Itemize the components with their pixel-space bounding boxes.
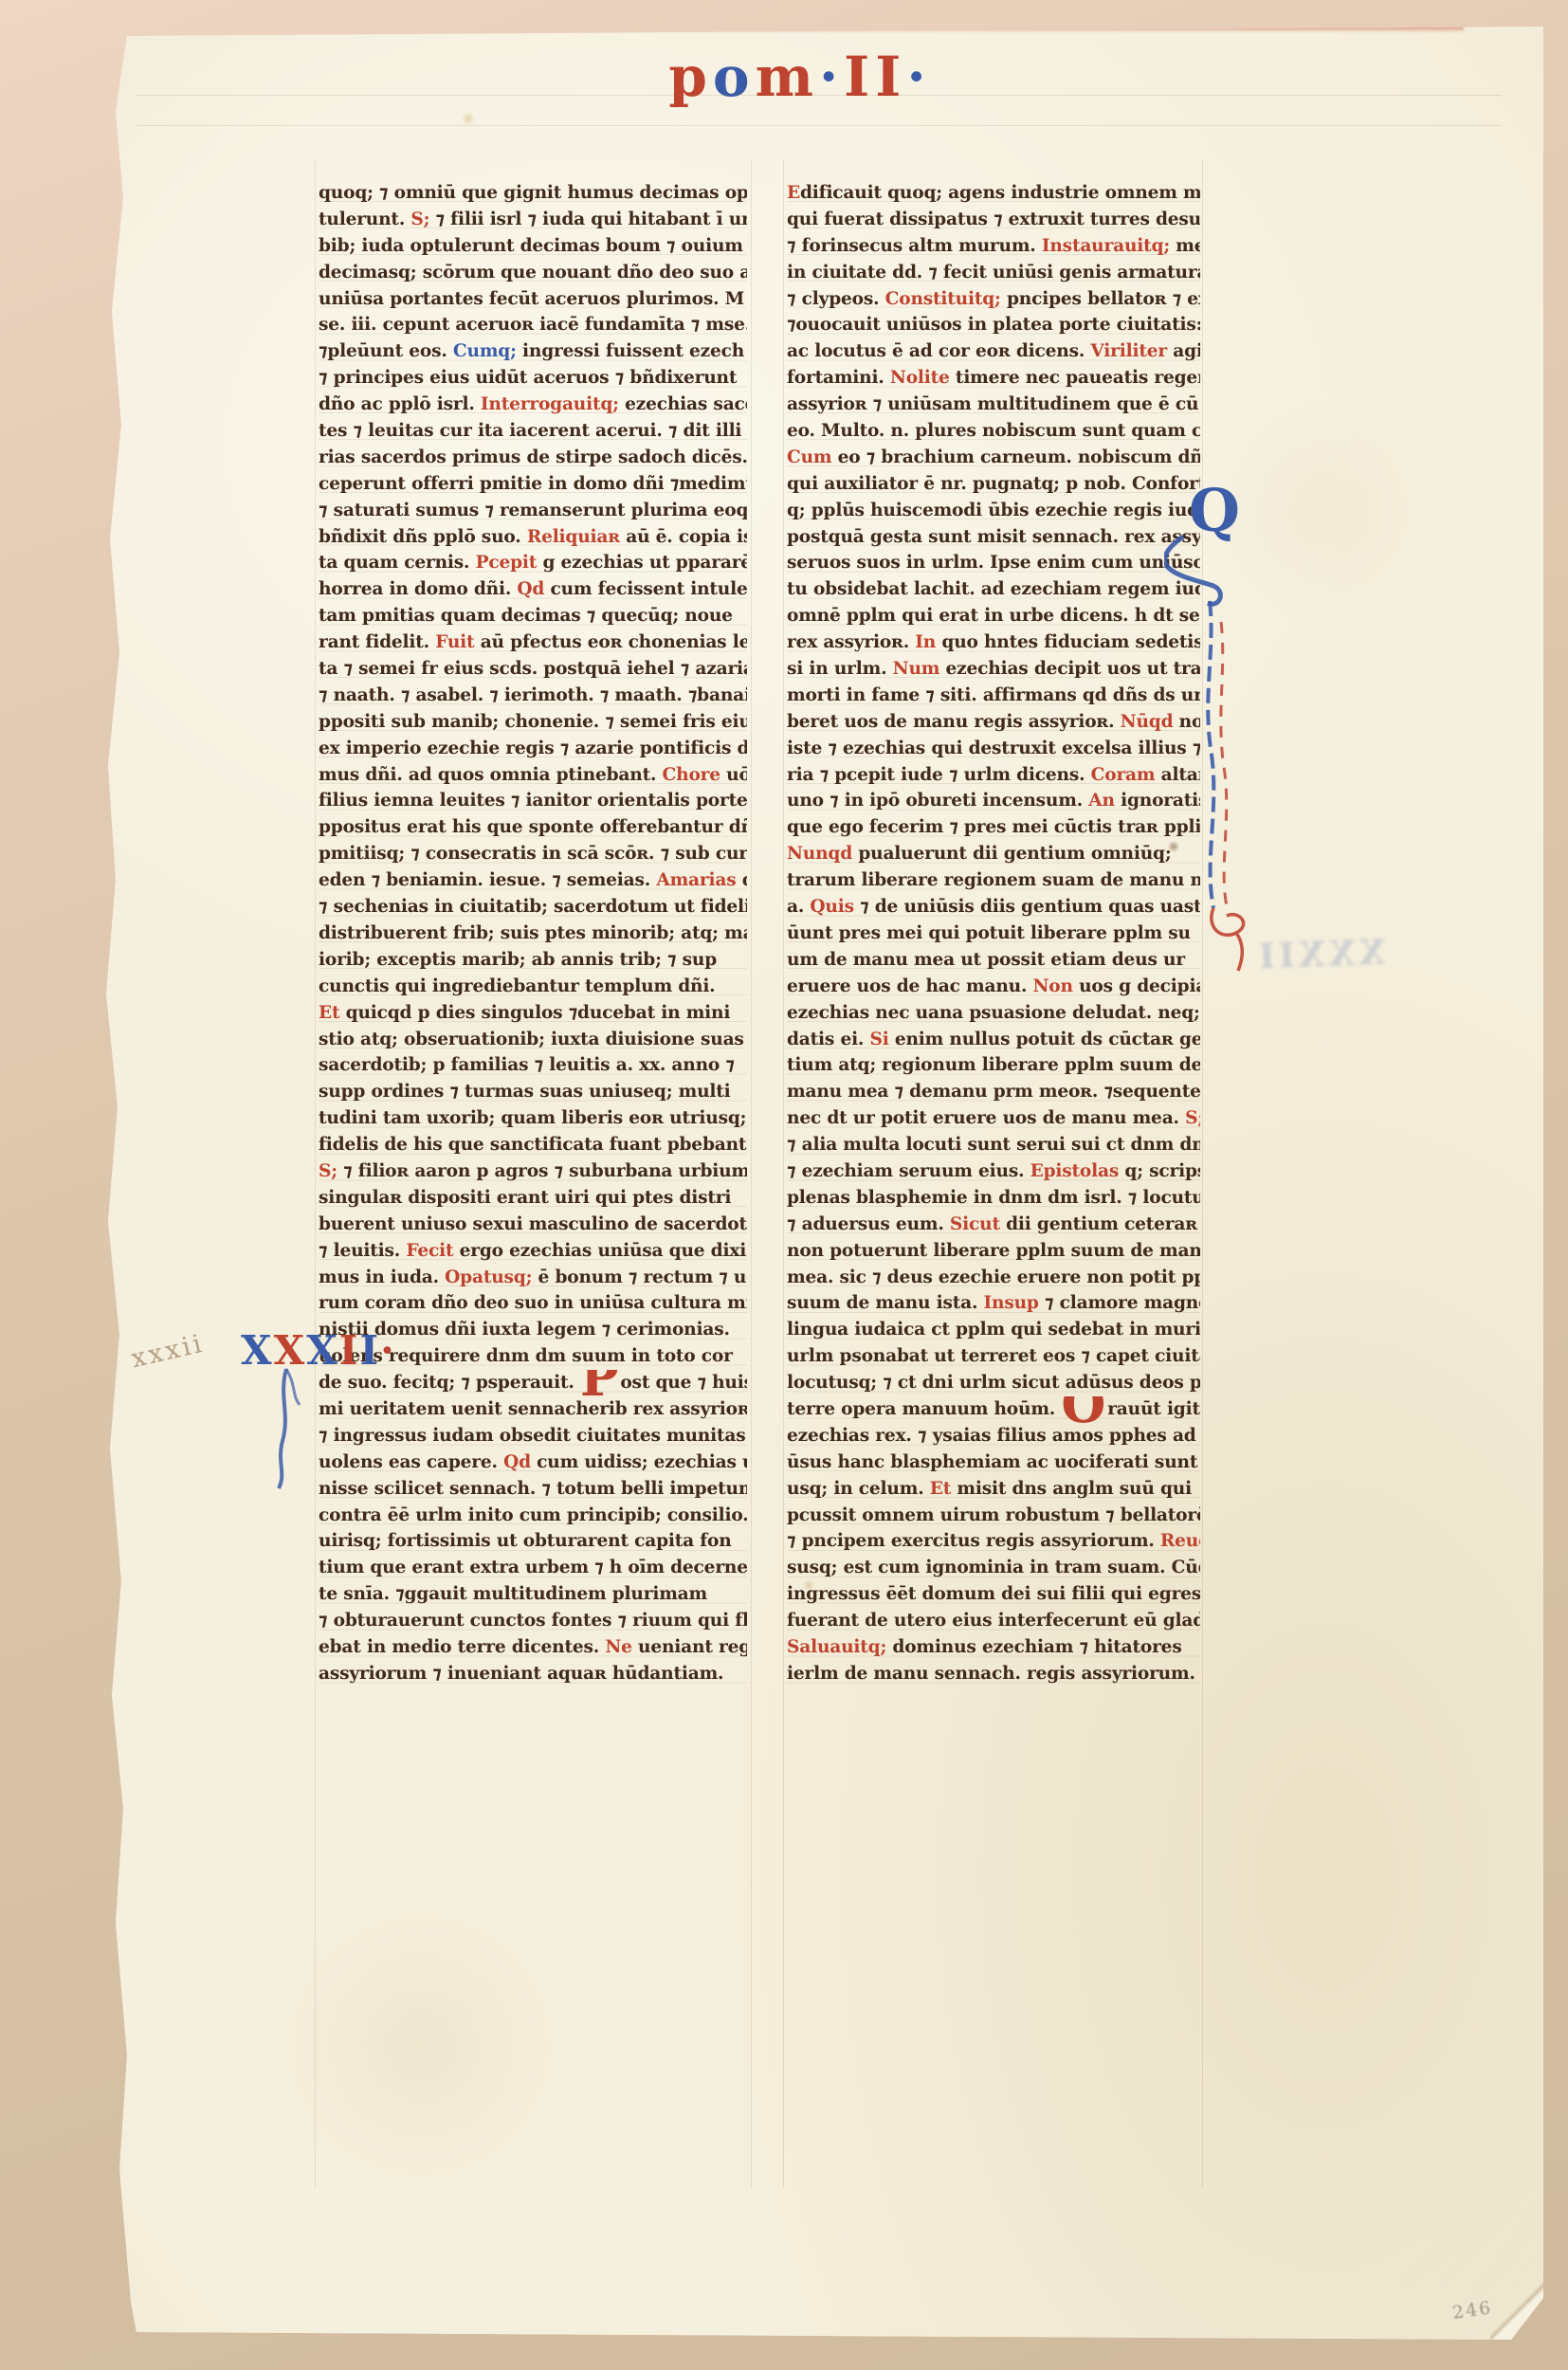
text-line: q; pplūs huiscemodi ūbis ezechie regis i… (787, 498, 1200, 524)
text-line: nisse scilicet sennach. ⁊ totum belli im… (319, 1476, 747, 1503)
decorated-initial: Qd (517, 579, 544, 599)
decorated-initial: Ne (605, 1637, 631, 1657)
running-header-letter: m (756, 49, 819, 104)
running-header-letter: o (713, 49, 756, 104)
text-line: quoq; ⁊ omniū que gignit humus decimas o… (319, 180, 747, 207)
text-line: ⁊ leuitis. Fecit ergo ezechias uniūsa qu… (319, 1238, 747, 1265)
text-line: singulaʀ dispositi erant uiri qui ptes d… (319, 1185, 747, 1212)
text-line: fortamini. Nolite timere nec paueatis re… (787, 365, 1200, 392)
text-line: lingua iudaica ct pplm qui sedebat in mu… (787, 1317, 1200, 1343)
text-line: manu mea ⁊ demanu prm meoʀ. ⁊sequenter (787, 1079, 1200, 1105)
text-line: Et quicqd p dies singulos ⁊ducebat in mi… (319, 1000, 747, 1027)
text-column-left: quoq; ⁊ omniū que gignit humus decimas o… (319, 180, 747, 1687)
decorated-initial: Nunqd (787, 844, 852, 864)
decorated-initial: Cumq; (453, 341, 517, 361)
text-line: Saluauitq; dominus ezechiam ⁊ hitatores (787, 1634, 1200, 1661)
text-line: horrea in domo dñi. Qd cum fecissent int… (319, 576, 747, 603)
text-line: eruere uos de hac manu. Non uos g decipi… (787, 974, 1200, 1000)
text-line: Cum eo ⁊ brachium carneum. nobiscum dñs (787, 445, 1200, 471)
text-line: iorib; exceptis marib; ab annis trib; ⁊ … (319, 947, 747, 974)
decorated-initial: Opatusq; (445, 1267, 532, 1287)
text-line: distribuerent frib; suis ptes minorib; a… (319, 921, 747, 947)
text-line: tudini tam uxorib; quam liberis eoʀ utri… (319, 1105, 747, 1132)
toning-blotch (1217, 387, 1426, 633)
text-line: plenas blasphemie in dnm dm isrl. ⁊ locu… (787, 1185, 1200, 1212)
decorated-initial: Epistolas (1030, 1161, 1119, 1181)
text-line: ūsus hanc blasphemiam ac uociferati sunt (787, 1449, 1200, 1476)
decorated-initial: In (915, 632, 936, 652)
red-stained-top-edge (155, 27, 1464, 32)
text-line: trarum liberare regionem suam de manu me (787, 867, 1200, 894)
text-line: eden ⁊ beniamin. iesue. ⁊ semeias. Amari… (319, 867, 747, 894)
text-line: in ciuitate dd. ⁊ fecit uniūsi genis arm… (787, 260, 1200, 286)
text-line: susq; est cum ignominia in tram suam. Cū… (787, 1555, 1200, 1581)
text-line: bñdixit dñs pplō suo. Reliquiaʀ aū ē. co… (319, 524, 747, 551)
text-line: S; ⁊ filioʀ aaron p agros ⁊ suburbana ur… (319, 1158, 747, 1185)
text-line: qui auxiliator ē nr. pugnatq; p nob. Con… (787, 471, 1200, 498)
text-line: supp ordines ⁊ turmas suas uniuseq; mult… (319, 1079, 747, 1105)
text-line: ierlm de manu sennach. regis assyriorum. (787, 1661, 1200, 1687)
text-line: assyriorum ⁊ inueniant aquaʀ hūdantiam. (319, 1661, 747, 1687)
running-header-letter: · (819, 49, 844, 104)
text-line: stio atq; obseruationib; iuxta diuisione… (319, 1027, 747, 1053)
stain-spot (461, 112, 476, 125)
decorated-initial: Reliquiaʀ (527, 527, 620, 547)
running-header-letter: · (906, 49, 931, 104)
toning-blotch (250, 1904, 592, 2188)
show-through-chapter-number: XXXII (1254, 933, 1386, 977)
text-line: buerent uniuso sexui masculino de sacerd… (319, 1212, 747, 1238)
decorated-initial: P (580, 1370, 618, 1396)
text-line: ūunt pres mei qui potuit liberare pplm s… (787, 921, 1200, 947)
decorated-initial: O (1061, 1396, 1105, 1423)
text-line: morti in fame ⁊ siti. affirmans qd dñs d… (787, 683, 1200, 709)
text-line: tulerunt. S; ⁊ filii isrl ⁊ iuda qui hit… (319, 207, 747, 233)
text-line: tam pmitias quam decimas ⁊ quecūq; noue (319, 603, 747, 629)
ruling-line (137, 125, 1502, 126)
text-line: si in urlm. Num ezechias decipit uos ut … (787, 656, 1200, 683)
text-line: mus in iuda. Opatusq; ē bonum ⁊ rectum ⁊… (319, 1265, 747, 1291)
decorated-initial: S; (319, 1161, 337, 1181)
decorated-initial: Nolite (890, 368, 950, 388)
ruling-line (783, 159, 784, 2188)
decorated-initial: Coram (1091, 765, 1156, 785)
running-header-letter: II (844, 49, 906, 104)
manuscript-leaf: pom˜·II· quoq; ⁊ omniū que gignit humus … (99, 27, 1543, 2340)
stain-spot (802, 1579, 815, 1591)
text-line: ppositus erat his que sponte offerebantu… (319, 814, 747, 841)
text-line: tu obsidebat lachit. ad ezechiam regem i… (787, 576, 1200, 603)
text-line: rum coram dño deo suo in uniūsa cultura … (319, 1290, 747, 1317)
decorated-initial: Et (319, 1003, 339, 1023)
text-column-right: Edificauit quoq; agens industrie omnem m… (787, 180, 1200, 1687)
decorated-initial: Instaurauitq; (1042, 236, 1170, 256)
text-line: uolens eas capere. Qd cum uidiss; ezechi… (319, 1449, 747, 1476)
text-line: assyrioʀ ⁊ uniūsam multitudinem que ē cū (787, 392, 1200, 418)
text-line: tes ⁊ leuitas cur ita iacerent acerui. ⁊… (319, 418, 747, 445)
text-line: ebat in medio terre dicentes. Ne ueniant… (319, 1634, 747, 1661)
text-line: ⁊ saturati sumus ⁊ remanserunt plurima e… (319, 498, 747, 524)
text-line: iste ⁊ ezechias qui destruxit excelsa il… (787, 736, 1200, 762)
chapter-number-xxxii: XXXII· (241, 1331, 396, 1371)
chapter-number-flourish (258, 1367, 315, 1490)
text-line: datis ei. Si enim nullus potuit ds cūcta… (787, 1027, 1200, 1053)
text-line: postquā gesta sunt misit sennach. rex as… (787, 524, 1200, 551)
chapter-number-letter: · (380, 1331, 396, 1371)
text-line: Edificauit quoq; agens industrie omnem m… (787, 180, 1200, 207)
text-line: urlm psonabat ut terreret eos ⁊ capet ci… (787, 1343, 1200, 1370)
text-line: ac locutus ē ad cor eoʀ dicens. Virilite… (787, 338, 1200, 365)
text-line: omnē pplm qui erat in urbe dicens. h dt … (787, 603, 1200, 629)
text-line: a. Quis ⁊ de uniūsis diis gentium quas u… (787, 894, 1200, 921)
decorated-initial: Reuer (1160, 1531, 1200, 1551)
text-line: beret uos de manu regis assyrioʀ. Nūqd n… (787, 709, 1200, 736)
chapter-guide-note: xxxii (129, 1329, 208, 1375)
text-line: fuerant de utero eius interfecerunt eū g… (787, 1608, 1200, 1634)
text-line: pmitiisq; ⁊ consecratis in scā scōʀ. ⁊ s… (319, 841, 747, 867)
decorated-initial: Saluauitq; (787, 1637, 886, 1657)
text-line: cunctis qui ingrediebantur templum dñi. (319, 974, 747, 1000)
text-line: de suo. fecitq; ⁊ psperauit. Post que ⁊ … (319, 1370, 747, 1396)
ruling-line (315, 159, 316, 2188)
ink-spot (1168, 840, 1179, 853)
text-line: ⁊ sechenias in ciuitatib; sacerdotum ut … (319, 894, 747, 921)
text-line: decimasq; scōrum que nouant dño deo suo … (319, 260, 747, 286)
decorated-initial: Num (893, 659, 940, 679)
decorated-initial: Viriliter (1090, 341, 1167, 361)
decorated-initial: Quis (810, 897, 853, 917)
text-line: ⁊ouocauit uniūsos in platea porte ciuita… (787, 312, 1200, 338)
text-line: ⁊ alia multa locuti sunt serui sui ct dn… (787, 1132, 1200, 1158)
text-line: ⁊ naath. ⁊ asabel. ⁊ ierimoth. ⁊ maath. … (319, 683, 747, 709)
text-line: ⁊ pncipem exercitus regis assyriorum. Re… (787, 1528, 1200, 1555)
decorated-initial: Non (1033, 976, 1073, 996)
text-line: fidelis de his que sanctificata fuant pb… (319, 1132, 747, 1158)
decorated-initial: Sicut (950, 1214, 1000, 1234)
photograph-backdrop: pom˜·II· quoq; ⁊ omniū que gignit humus … (0, 0, 1568, 2370)
text-line: que ego fecerim ⁊ pres mei cūctis traʀ p… (787, 814, 1200, 841)
corner-fold (1490, 2277, 1547, 2343)
chapter-number-letter: X (306, 1331, 339, 1371)
chapter-number-letter: X (241, 1331, 274, 1371)
decorated-initial: Interrogauitq; (481, 394, 619, 414)
ruling-line (751, 159, 752, 2188)
text-line: ingressus ēēt domum dei sui filii qui eg… (787, 1581, 1200, 1608)
text-line: ⁊ clypeos. Constituitq; pncipes bellatoʀ… (787, 286, 1200, 313)
text-line: ⁊ forinsecus altm murum. Instaurauitq; m… (787, 233, 1200, 260)
text-line: usq; in celum. Et misit dns anglm suū qu… (787, 1476, 1200, 1503)
decorated-initial: Si (869, 1030, 888, 1049)
pencil-inscription: 246 (1451, 2297, 1494, 2324)
text-line: ceperunt offerri pmitie in domo dñi ⁊med… (319, 471, 747, 498)
ruling-line (1202, 159, 1203, 2188)
text-line: ⁊ obturauerunt cunctos fontes ⁊ riuum qu… (319, 1608, 747, 1634)
text-line: Nunqd pualuerunt dii gentium omniūq; (787, 841, 1200, 867)
text-line: ⁊pleūunt eos. Cumq; ingressi fuissent ez… (319, 338, 747, 365)
text-line: ta ⁊ semei fr eius scds. postquā iehel ⁊… (319, 656, 747, 683)
text-line: suum de manu ista. Insup ⁊ clamore magno (787, 1290, 1200, 1317)
text-line: uirisq; fortissimis ut obturarent capita… (319, 1528, 747, 1555)
decorated-initial: Pcepit (476, 553, 538, 573)
text-line: rias sacerdos primus de stirpe sadoch di… (319, 445, 747, 471)
text-line: ⁊ principes eius uidūt aceruos ⁊ bñdixer… (319, 365, 747, 392)
text-line: tium atq; regionum liberare pplm suum de (787, 1052, 1200, 1079)
decorated-initial: Chore (663, 765, 720, 785)
decorated-initial: An (1088, 791, 1115, 811)
text-line: ezechias nec uana psuasione deludat. neq… (787, 1000, 1200, 1027)
text-line: seruos suos in urlm. Ipse enim cum uniūs… (787, 550, 1200, 576)
text-line: pcussit omnem uirum robustum ⁊ bellatorē (787, 1503, 1200, 1529)
text-line: bib; iuda optulerunt decimas boum ⁊ ouiu… (319, 233, 747, 260)
text-line: contra ēē urlm inito cum principib; cons… (319, 1503, 747, 1529)
decorated-initial: Amarias (656, 870, 736, 890)
decorated-initial: Insup (984, 1293, 1039, 1313)
decorated-initial: Cum (787, 447, 831, 467)
running-header: pom˜·II· (611, 49, 990, 104)
text-line: se. iii. cepunt aceruoʀ iacē fundamīta ⁊… (319, 312, 747, 338)
text-line: uno ⁊ in ipō obureti incensum. An ignora… (787, 788, 1200, 814)
text-line: eo. Multo. n. plures nobiscum sunt quam … (787, 418, 1200, 445)
decorated-initial: Constituitq; (885, 289, 1001, 309)
text-line: rex assyrioʀ. In quo hntes fiduciam sede… (787, 629, 1200, 656)
text-line: ⁊ ingressus iudam obsedit ciuitates muni… (319, 1423, 747, 1449)
text-line: non potuerunt liberare pplm suum de manu (787, 1238, 1200, 1265)
decorated-initial: Fecit (406, 1241, 453, 1261)
text-line: terre opera manuum hoūm. Orauūt igit (787, 1396, 1200, 1423)
decorated-initial: E (787, 183, 800, 203)
text-line: rant fidelit. Fuit aū pfectus eoʀ chonen… (319, 629, 747, 656)
decorated-initial: S; (1185, 1108, 1200, 1128)
text-line: ex imperio ezechie regis ⁊ azarie pontif… (319, 736, 747, 762)
text-line: um de manu mea ut possit etiam deus ur (787, 947, 1200, 974)
chapter-number-letter: I (339, 1331, 360, 1371)
text-line: ria ⁊ pcepit iude ⁊ urlm dicens. Coram a… (787, 762, 1200, 789)
decorated-initial: Qd (503, 1452, 531, 1472)
chapter-number-letter: X (274, 1331, 307, 1371)
text-line: ppositi sub manib; chonenie. ⁊ semei fri… (319, 709, 747, 736)
text-line: ⁊ ezechiam seruum eius. Epistolas q; scr… (787, 1158, 1200, 1185)
text-line: mea. sic ⁊ deus ezechie eruere non potit… (787, 1265, 1200, 1291)
decorated-initial: S; (410, 210, 429, 229)
text-line: mi ueritatem uenit sennacherib rex assyr… (319, 1396, 747, 1423)
text-line: filius iemna leuites ⁊ ianitor orientali… (319, 788, 747, 814)
text-line: locutusq; ⁊ ct dni urlm sicut adūsus deo… (787, 1370, 1200, 1396)
text-line: dño ac pplō isrl. Interrogauitq; ezechia… (319, 392, 747, 418)
text-line: ezechias rex. ⁊ ysaias filius amos pphes… (787, 1423, 1200, 1449)
text-line: uniūsa portantes fecūt aceruos plurimos.… (319, 286, 747, 313)
text-line: ⁊ aduersus eum. Sicut dii gentium cetera… (787, 1212, 1200, 1238)
decorated-initial: Fuit (435, 632, 474, 652)
text-line: te snīa. ⁊ggauit multitudinem plurimam (319, 1581, 747, 1608)
ruling-line (137, 95, 1502, 96)
text-line: ta quam cernis. Pcepit g ezechias ut ppa… (319, 550, 747, 576)
text-line: sacerdotib; p familias ⁊ leuitis a. xx. … (319, 1052, 747, 1079)
running-header-letter: p (668, 49, 713, 104)
decorated-initial: Et (930, 1479, 951, 1499)
text-line: mus dñi. ad quos omnia ptinebant. Chore … (319, 762, 747, 789)
chapter-number-letter: I (359, 1331, 380, 1371)
text-line: nec dt ur potit eruere uos de manu mea. … (787, 1105, 1200, 1132)
text-line: qui fuerat dissipatus ⁊ extruxit turres … (787, 207, 1200, 233)
text-line: tium que erant extra urbem ⁊ h oīm decer… (319, 1555, 747, 1581)
